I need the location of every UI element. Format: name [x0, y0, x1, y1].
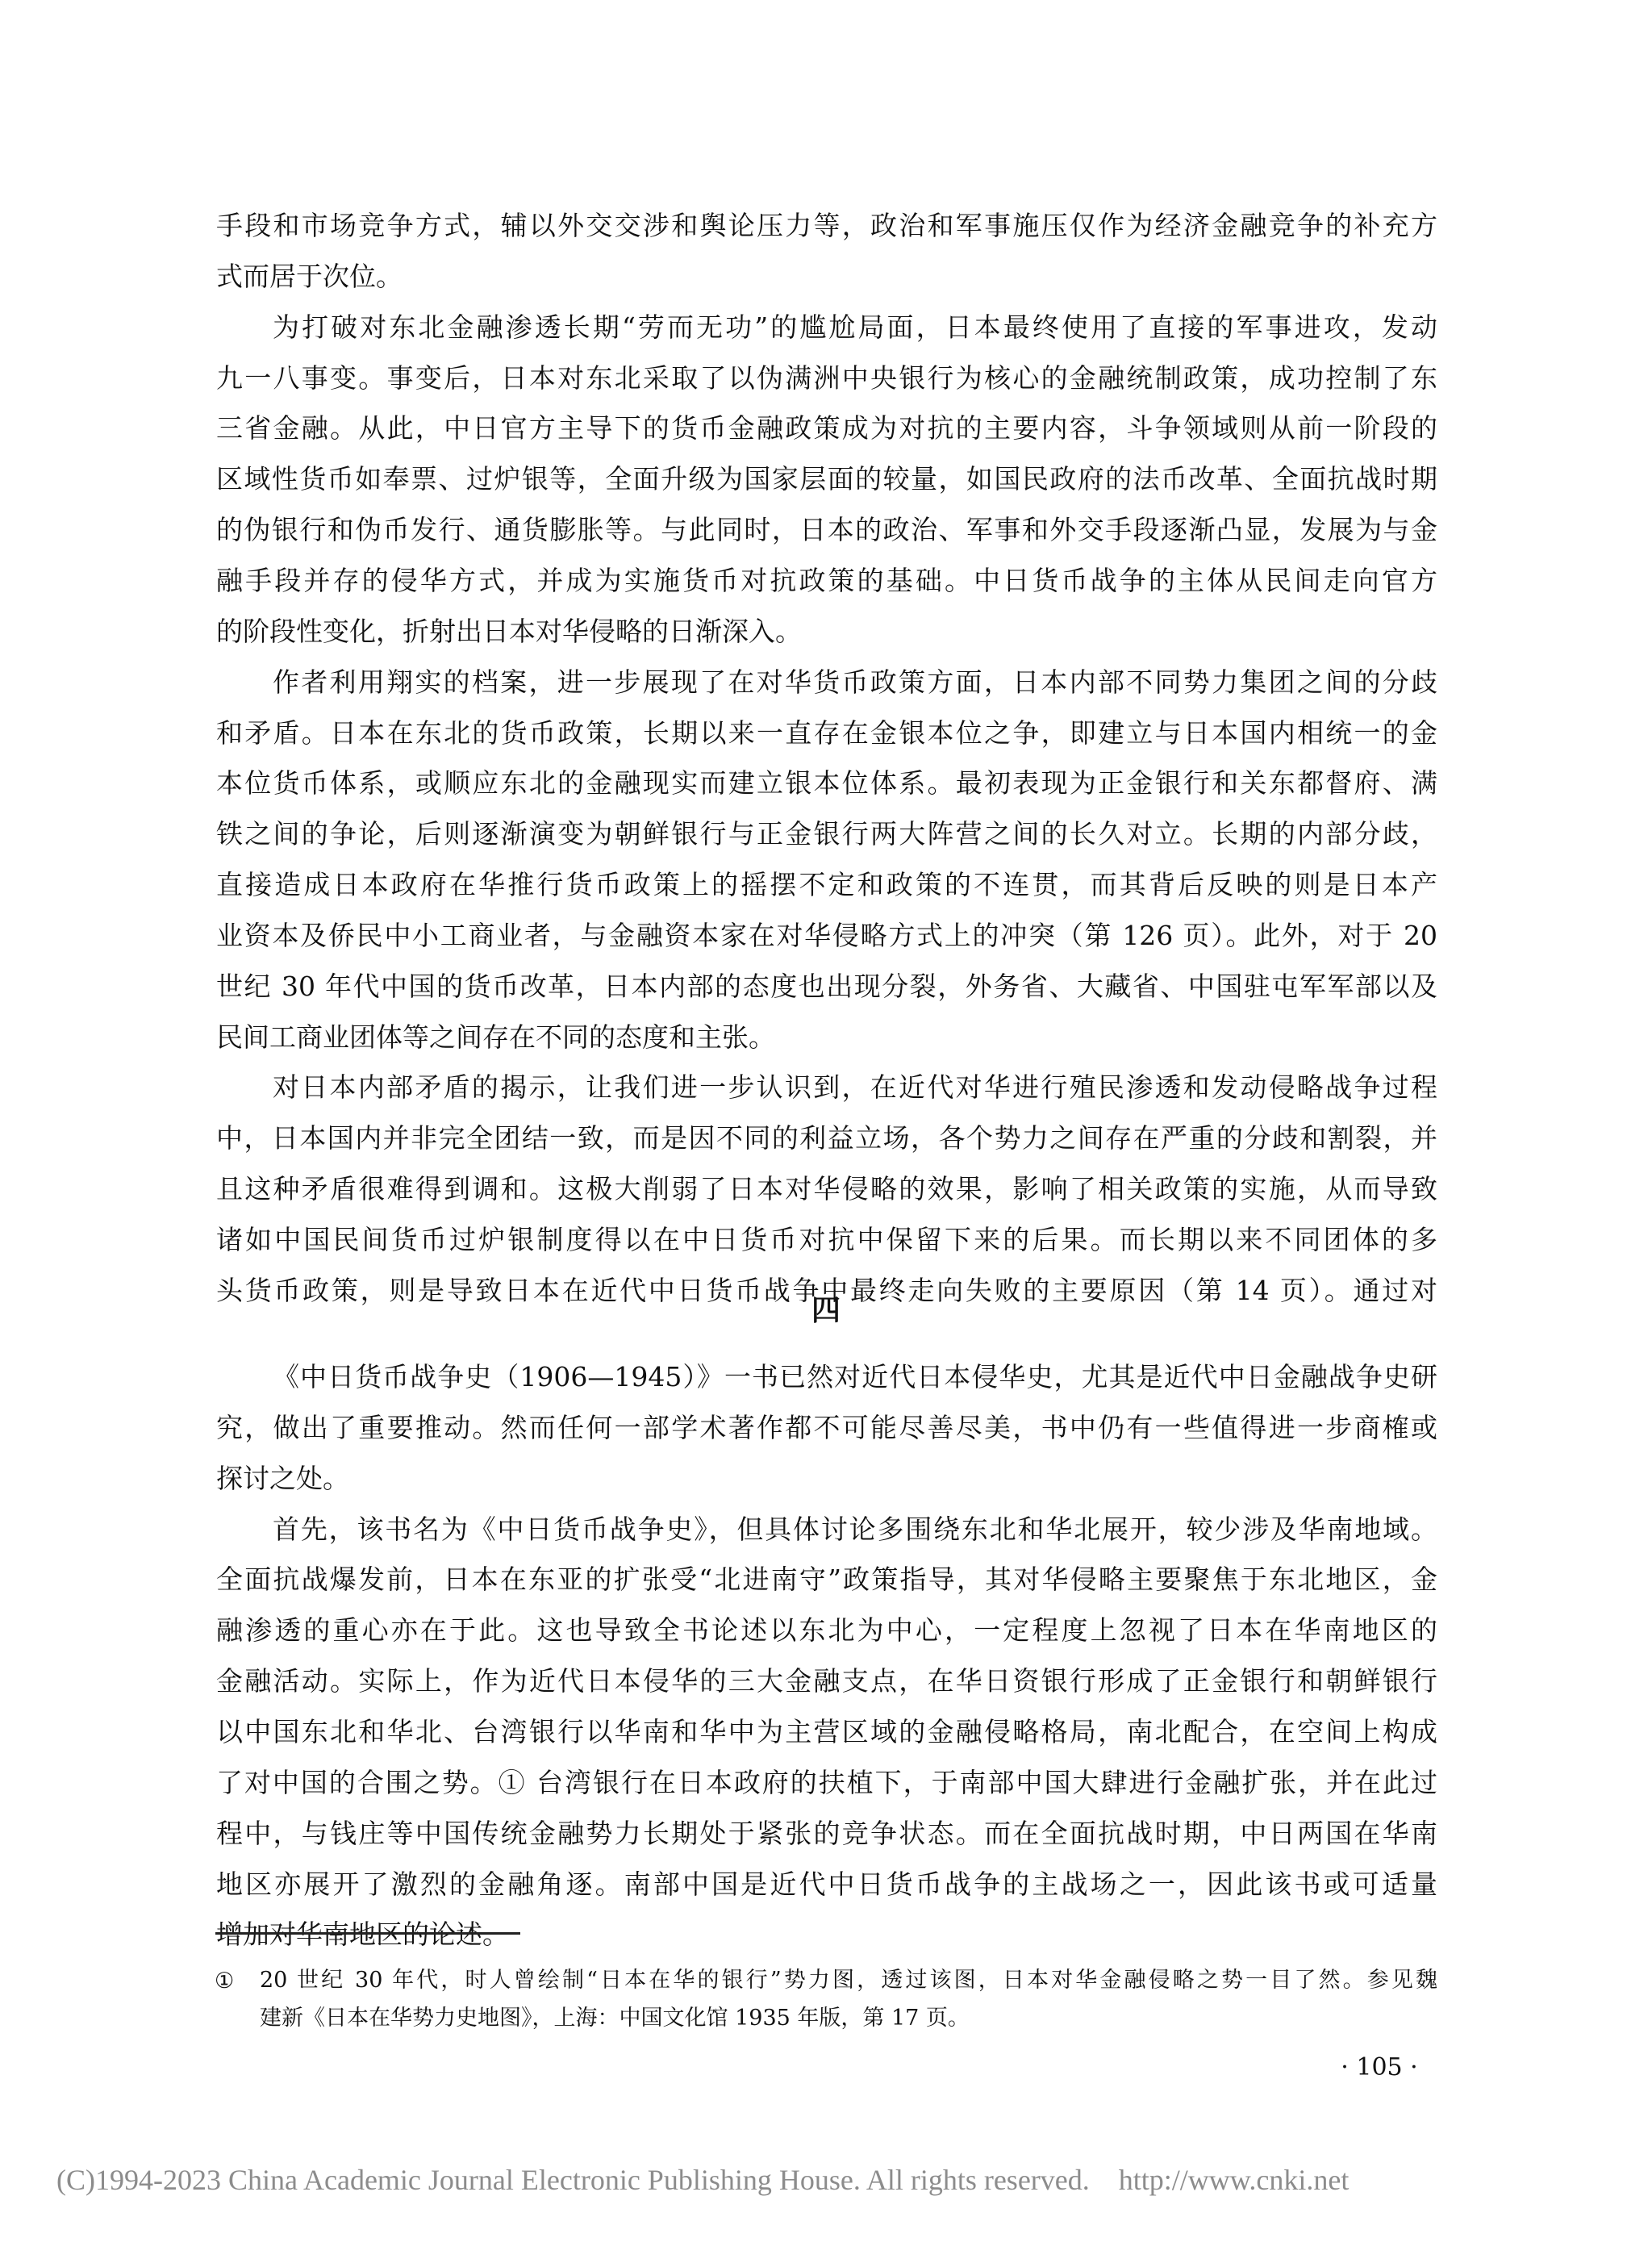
- body-line: 九一八事变。事变后，日本对东北采取了以伪满洲中央银行为核心的金融统制政策，成功控…: [216, 362, 1437, 395]
- body-line: 增加对华南地区的论述。: [216, 1918, 1437, 1951]
- cnki-url[interactable]: http://www.cnki.net: [1119, 2164, 1350, 2196]
- body-line: 诸如中国民间货币过炉银制度得以在中日货币对抗中保留下来的后果。而长期以来不同团体…: [216, 1224, 1437, 1256]
- body-line: 融手段并存的侵华方式，并成为实施货币对抗政策的基础。中日货币战争的主体从民间走向…: [216, 565, 1437, 597]
- footnote-line: 建新《日本在华势力史地图》，上海：中国文化馆 1935 年版，第 17 页。: [260, 2006, 1437, 2031]
- body-line: 铁之间的争论，后则逐渐演变为朝鲜银行与正金银行两大阵营之间的长久对立。长期的内部…: [216, 818, 1437, 850]
- footnote-separator: [215, 1932, 520, 1935]
- body-line: 融渗透的重心亦在于此。这也导致全书论述以东北为中心，一定程度上忽视了日本在华南地…: [216, 1614, 1437, 1647]
- body-line: 世纪 30 年代中国的货币改革，日本内部的态度也出现分裂，外务省、大藏省、中国驻…: [216, 971, 1437, 1003]
- page-number: · 105 ·: [1339, 2054, 1420, 2081]
- body-line: 的伪银行和伪币发行、通货膨胀等。与此同时，日本的政治、军事和外交手段逐渐凸显，发…: [216, 514, 1437, 546]
- body-line: 程中，与钱庄等中国传统金融势力长期处于紧张的竞争状态。而在全面抗战时期，中日两国…: [216, 1818, 1437, 1850]
- body-line: 了对中国的合围之势。① 台湾银行在日本政府的扶植下，于南部中国大肆进行金融扩张，…: [216, 1767, 1437, 1799]
- body-line: 本位货币体系，或顺应东北的金融现实而建立银本位体系。最初表现为正金银行和关东都督…: [216, 767, 1437, 800]
- body-line: 民间工商业团体等之间存在不同的态度和主张。: [216, 1021, 1437, 1054]
- body-line: 直接造成日本政府在华推行货币政策上的摇摆不定和政策的不连贯，而其背后反映的则是日…: [216, 869, 1437, 901]
- body-line: 的阶段性变化，折射出日本对华侵略的日渐深入。: [216, 616, 1437, 648]
- paragraph-start: 作者利用翔实的档案，进一步展现了在对华货币政策方面，日本内部不同势力集团之间的分…: [273, 666, 1437, 699]
- body-line: 业资本及侨民中小工商业者，与金融资本家在对华侵略方式上的冲突（第 126 页）。…: [216, 920, 1437, 952]
- body-line: 中，日本国内并非完全团结一致，而是因不同的利益立场，各个势力之间存在严重的分歧和…: [216, 1122, 1437, 1154]
- body-line: 三省金融。从此，中日官方主导下的货币金融政策成为对抗的主要内容，斗争领域则从前一…: [216, 412, 1437, 445]
- paragraph-start: 首先，该书名为《中日货币战争史》，但具体讨论多围绕东北和华北展开，较少涉及华南地…: [273, 1513, 1437, 1546]
- body-line: 地区亦展开了激烈的金融角逐。南部中国是近代中日货币战争的主战场之一，因此该书或可…: [216, 1868, 1437, 1901]
- body-line: 手段和市场竞争方式，辅以外交交涉和舆论压力等，政治和军事施压仅作为经济金融竞争的…: [216, 210, 1437, 242]
- body-line: 全面抗战爆发前，日本在东亚的扩张受“北进南守”政策指导，其对华侵略主要聚焦于东北…: [216, 1564, 1437, 1596]
- body-line: 金融活动。实际上，作为近代日本侵华的三大金融支点，在华日资银行形成了正金银行和朝…: [216, 1665, 1437, 1697]
- body-line: 探讨之处。: [216, 1463, 1437, 1495]
- copyright-text: (C)1994-2023 China Academic Journal Elec…: [56, 2164, 1090, 2196]
- body-line: 和矛盾。日本在东北的货币政策，长期以来一直存在金银本位之争，即建立与日本国内相统…: [216, 717, 1437, 749]
- body-line: 以中国东北和华北、台湾银行以华南和华中为主营区域的金融侵略格局，南北配合，在空间…: [216, 1716, 1437, 1748]
- footnote-marker: ①: [215, 1969, 234, 1994]
- body-line: 区域性货币如奉票、过炉银等，全面升级为国家层面的较量，如国民政府的法币改革、全面…: [216, 463, 1437, 495]
- body-line: 式而居于次位。: [216, 261, 1437, 293]
- paragraph-start: 为打破对东北金融渗透长期“劳而无功”的尴尬局面，日本最终使用了直接的军事进攻，发…: [273, 311, 1437, 344]
- paragraph-start: 对日本内部矛盾的揭示，让我们进一步认识到，在近代对华进行殖民渗透和发动侵略战争过…: [273, 1071, 1437, 1104]
- copyright-footer: (C)1994-2023 China Academic Journal Elec…: [56, 2164, 1349, 2196]
- footnote-line: 20 世纪 30 年代，时人曾绘制“日本在华的银行”势力图，透过该图，日本对华金…: [260, 1968, 1437, 1994]
- body-line: 究，做出了重要推动。然而任何一部学术著作都不可能尽善尽美，书中仍有一些值得进一步…: [216, 1412, 1437, 1444]
- body-line: 且这种矛盾很难得到调和。这极大削弱了日本对华侵略的效果，影响了相关政策的实施，从…: [216, 1173, 1437, 1205]
- section-heading: 四: [0, 1293, 1652, 1327]
- journal-page: 手段和市场竞争方式，辅以外交交涉和舆论压力等，政治和军事施压仅作为经济金融竞争的…: [0, 0, 1652, 2242]
- paragraph-start: 《中日货币战争史（1906—1945）》一书已然对近代日本侵华史，尤其是近代中日…: [273, 1361, 1437, 1393]
